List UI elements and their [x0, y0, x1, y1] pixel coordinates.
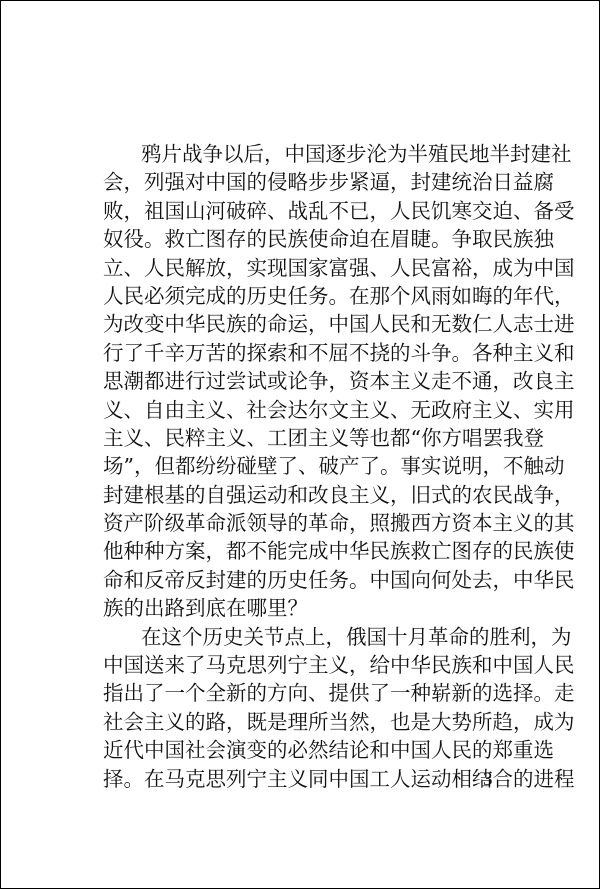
- paragraph-1-line: 资产阶级革命派领导的革命，照搬西方资本主义的其: [103, 509, 517, 537]
- paragraph-1-line: 人民必须完成的历史任务。在那个风雨如晦的年代，: [103, 282, 517, 310]
- paragraph-2-line: 择。在马克思列宁主义同中国工人运动相结合的进程: [103, 765, 517, 793]
- paragraph-1-line: 场”，但都纷纷碰壁了、破产了。事实说明，不触动: [103, 452, 517, 480]
- body-text: 鸦片战争以后，中国逐步沦为半殖民地半封建社 会，列强对中国的侵略步步紧逼，封建统…: [103, 140, 517, 793]
- page-number: 3: [483, 769, 493, 791]
- document-page: 鸦片战争以后，中国逐步沦为半殖民地半封建社 会，列强对中国的侵略步步紧逼，封建统…: [0, 0, 600, 889]
- paragraph-2-line: 指出了一个全新的方向、提供了一种崭新的选择。走: [103, 679, 517, 707]
- paragraph-2-line: 近代中国社会演变的必然结论和中国人民的郑重选: [103, 736, 517, 764]
- paragraph-1-line: 思潮都进行过尝试或论争，资本主义走不通，改良主: [103, 367, 517, 395]
- paragraph-1-line: 命和反帝反封建的历史任务。中国向何处去，中华民: [103, 566, 517, 594]
- paragraph-1-line: 义、自由主义、社会达尔文主义、无政府主义、实用: [103, 396, 517, 424]
- paragraph-2-line: 中国送来了马克思列宁主义，给中华民族和中国人民: [103, 651, 517, 679]
- paragraph-1-line: 鸦片战争以后，中国逐步沦为半殖民地半封建社: [103, 140, 517, 168]
- paragraph-1-line: 败，祖国山河破碎、战乱不已，人民饥寒交迫、备受: [103, 197, 517, 225]
- paragraph-1-line: 奴役。救亡图存的民族使命迫在眉睫。争取民族独: [103, 225, 517, 253]
- paragraph-1-line: 他种种方案，都不能完成中华民族救亡图存的民族使: [103, 537, 517, 565]
- paragraph-1-line: 族的出路到底在哪里？: [103, 594, 517, 622]
- paragraph-2-line: 社会主义的路，既是理所当然，也是大势所趋，成为: [103, 708, 517, 736]
- paragraph-2-line: 在这个历史关节点上，俄国十月革命的胜利，为: [103, 623, 517, 651]
- paragraph-1-line: 封建根基的自强运动和改良主义，旧式的农民战争，: [103, 481, 517, 509]
- paragraph-1-line: 主义、民粹主义、工团主义等也都“你方唱罢我登: [103, 424, 517, 452]
- paragraph-1-line: 会，列强对中国的侵略步步紧逼，封建统治日益腐: [103, 168, 517, 196]
- paragraph-1-line: 行了千辛万苦的探索和不屈不挠的斗争。各种主义和: [103, 339, 517, 367]
- paragraph-1-line: 立、人民解放，实现国家富强、人民富裕，成为中国: [103, 254, 517, 282]
- paragraph-1-line: 为改变中华民族的命运，中国人民和无数仁人志士进: [103, 310, 517, 338]
